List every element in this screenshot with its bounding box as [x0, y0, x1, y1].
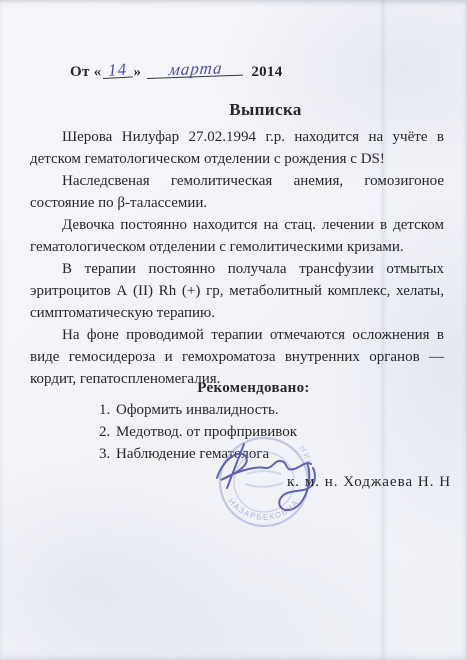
paragraph-therapy: В терапии постоянно получала трансфузии …: [30, 258, 444, 324]
paragraph-diagnosis: Наследсвеная гемолитическая анемия, гомо…: [30, 170, 444, 214]
handwritten-day: 14: [102, 62, 133, 79]
paragraph-patient: Шерова Нилуфар 27.02.1994 г.р. находится…: [30, 126, 444, 170]
signer-name: к. м. н. Ходжаева Н. Н: [287, 474, 451, 491]
stamp-inner-ring: [234, 452, 294, 512]
date-close-quote: »: [134, 64, 142, 80]
document-title: Выписка: [32, 100, 467, 120]
list-item: Оформить инвалидность.: [114, 399, 297, 421]
document-body: Шерова Нилуфар 27.02.1994 г.р. находится…: [30, 126, 444, 390]
date-line: От «14»марта2014: [70, 64, 283, 81]
handwritten-month: марта: [147, 61, 245, 79]
stamp-center-marks: [245, 471, 283, 487]
recommendations-heading: Рекомендовано:: [20, 380, 467, 397]
signature-area: НАЗАРБЕКОВНА НИК к. м. н. Ходжаева Н. Н: [0, 426, 467, 556]
date-year: 2014: [251, 64, 282, 80]
date-prefix: От «: [70, 64, 102, 80]
scanned-document: От «14»марта2014 Выписка Шерова Нилуфар …: [0, 0, 467, 660]
paragraph-treatment-location: Девочка постоянно находится на стац. леч…: [30, 214, 444, 258]
